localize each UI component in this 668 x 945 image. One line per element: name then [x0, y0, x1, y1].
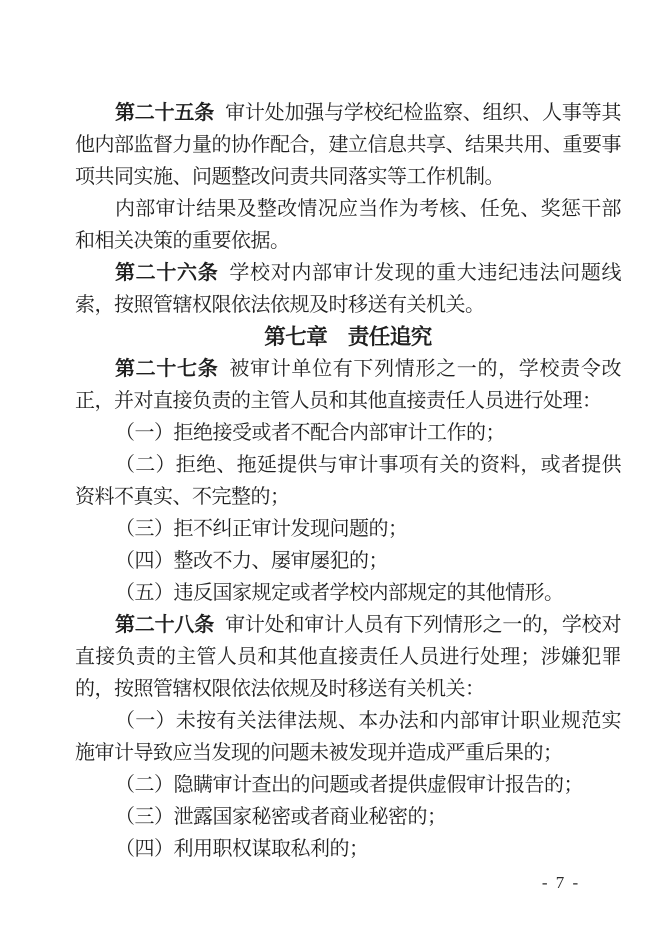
article-28-item-3: （三）泄露国家秘密或者商业秘密的；	[75, 801, 621, 833]
article-25-number: 第二十五条	[115, 102, 214, 124]
article-28-item-3-text: （三）泄露国家秘密或者商业秘密的；	[115, 806, 447, 828]
article-28-item-4-text: （四）利用职权谋取私利的；	[115, 838, 369, 860]
article-28-item-2: （二）隐瞒审计查出的问题或者提供虚假审计报告的；	[75, 769, 621, 801]
article-28-item-4: （四）利用职权谋取私利的；	[75, 833, 621, 865]
article-27-number: 第二十七条	[115, 358, 218, 380]
article-25-paragraph: 第二十五条审计处加强与学校纪检监察、组织、人事等其他内部监督力量的协作配合，建立…	[75, 97, 621, 193]
article-27-item-5: （五）违反国家规定或者学校内部规定的其他情形。	[75, 577, 621, 609]
article-27-item-2-text: （二）拒绝、拖延提供与审计事项有关的资料，或者提供资料不真实、不完整的；	[75, 454, 621, 508]
article-27-item-1: （一）拒绝接受或者不配合内部审计工作的；	[75, 417, 621, 449]
article-27-item-5-text: （五）违反国家规定或者学校内部规定的其他情形。	[115, 582, 564, 604]
chapter-number: 第七章	[264, 325, 327, 349]
page-number: - 7 -	[531, 873, 591, 893]
article-27-item-3-text: （三）拒不纠正审计发现问题的；	[115, 518, 408, 540]
article-28-number: 第二十八条	[115, 614, 214, 636]
article-25-followup-paragraph: 内部审计结果及整改情况应当作为考核、任免、奖惩干部和相关决策的重要依据。	[75, 193, 621, 257]
document-page: 第二十五条审计处加强与学校纪检监察、组织、人事等其他内部监督力量的协作配合，建立…	[0, 0, 668, 945]
article-27-item-2: （二）拒绝、拖延提供与审计事项有关的资料，或者提供资料不真实、不完整的；	[75, 449, 621, 513]
article-25-followup-text: 内部审计结果及整改情况应当作为考核、任免、奖惩干部和相关决策的重要依据。	[75, 198, 621, 252]
article-26-number: 第二十六条	[115, 262, 218, 284]
page-content: 第二十五条审计处加强与学校纪检监察、组织、人事等其他内部监督力量的协作配合，建立…	[75, 97, 621, 865]
article-27-item-3: （三）拒不纠正审计发现问题的；	[75, 513, 621, 545]
article-26-paragraph: 第二十六条学校对内部审计发现的重大违纪违法问题线索，按照管辖权限依法依规及时移送…	[75, 257, 621, 321]
article-28-item-2-text: （二）隐瞒审计查出的问题或者提供虚假审计报告的；	[115, 774, 583, 796]
chapter-title: 责任追究	[348, 325, 432, 349]
article-28-paragraph: 第二十八条审计处和审计人员有下列情形之一的，学校对直接负责的主管人员和其他直接责…	[75, 609, 621, 705]
article-28-item-1: （一）未按有关法律法规、本办法和内部审计职业规范实施审计导致应当发现的问题未被发…	[75, 705, 621, 769]
article-27-item-1-text: （一）拒绝接受或者不配合内部审计工作的；	[115, 422, 505, 444]
chapter-7-heading: 第七章责任追究	[75, 321, 621, 353]
article-27-item-4-text: （四）整改不力、屡审屡犯的；	[115, 550, 388, 572]
page-footer: - 7 -	[0, 873, 668, 897]
article-28-item-1-text: （一）未按有关法律法规、本办法和内部审计职业规范实施审计导致应当发现的问题未被发…	[75, 710, 621, 764]
article-27-paragraph: 第二十七条被审计单位有下列情形之一的，学校责令改正，并对直接负责的主管人员和其他…	[75, 353, 621, 417]
article-27-item-4: （四）整改不力、屡审屡犯的；	[75, 545, 621, 577]
